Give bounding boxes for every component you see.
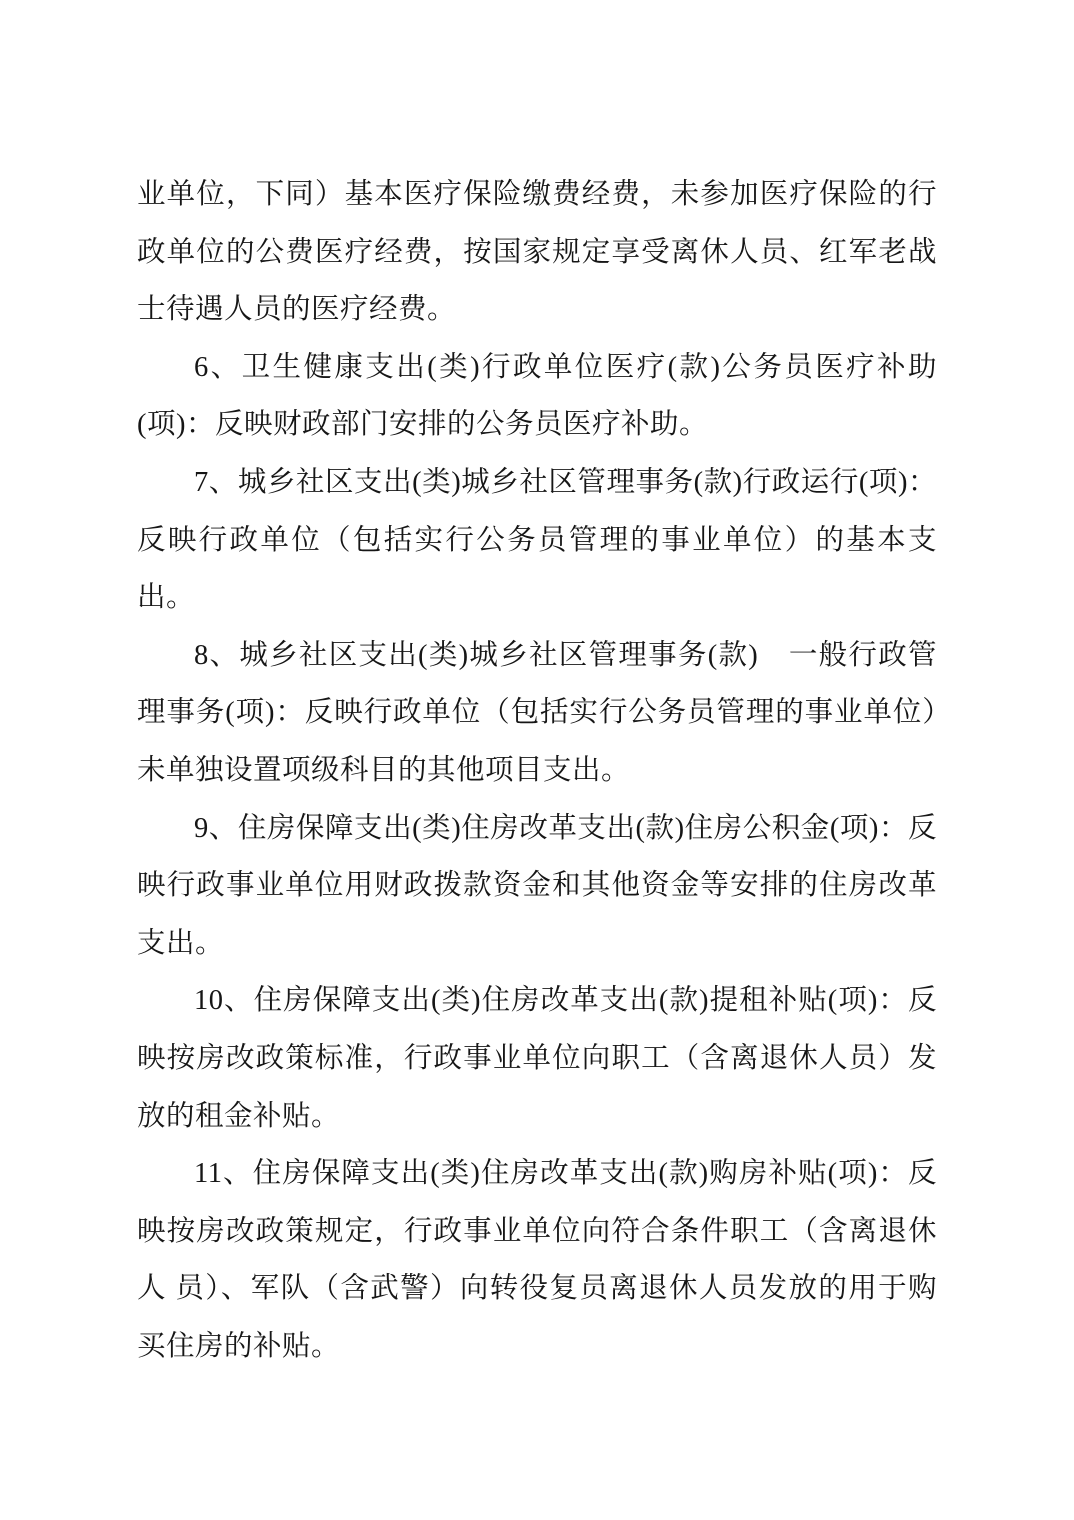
paragraph-item-8: 8、城乡社区支出(类)城乡社区管理事务(款) 一般行政管理事务(项)：反映行政单… xyxy=(137,627,937,800)
paragraph-item-7: 7、城乡社区支出(类)城乡社区管理事务(款)行政运行(项)：反映行政单位（包括实… xyxy=(137,454,937,627)
paragraph-item-10: 10、住房保障支出(类)住房改革支出(款)提租补贴(项)：反映按房改政策标准，行… xyxy=(137,972,937,1145)
paragraph-continuation: 业单位，下同）基本医疗保险缴费经费，未参加医疗保险的行政单位的公费医疗经费，按国… xyxy=(137,166,937,339)
document-body: 业单位，下同）基本医疗保险缴费经费，未参加医疗保险的行政单位的公费医疗经费，按国… xyxy=(137,166,937,1375)
paragraph-item-11: 11、住房保障支出(类)住房改革支出(款)购房补贴(项)：反映按房改政策规定，行… xyxy=(137,1145,937,1375)
paragraph-item-9: 9、住房保障支出(类)住房改革支出(款)住房公积金(项)：反映行政事业单位用财政… xyxy=(137,800,937,973)
document-page: 业单位，下同）基本医疗保险缴费经费，未参加医疗保险的行政单位的公费医疗经费，按国… xyxy=(0,0,1074,1520)
paragraph-item-6: 6、卫生健康支出(类)行政单位医疗(款)公务员医疗补助(项)：反映财政部门安排的… xyxy=(137,339,937,454)
